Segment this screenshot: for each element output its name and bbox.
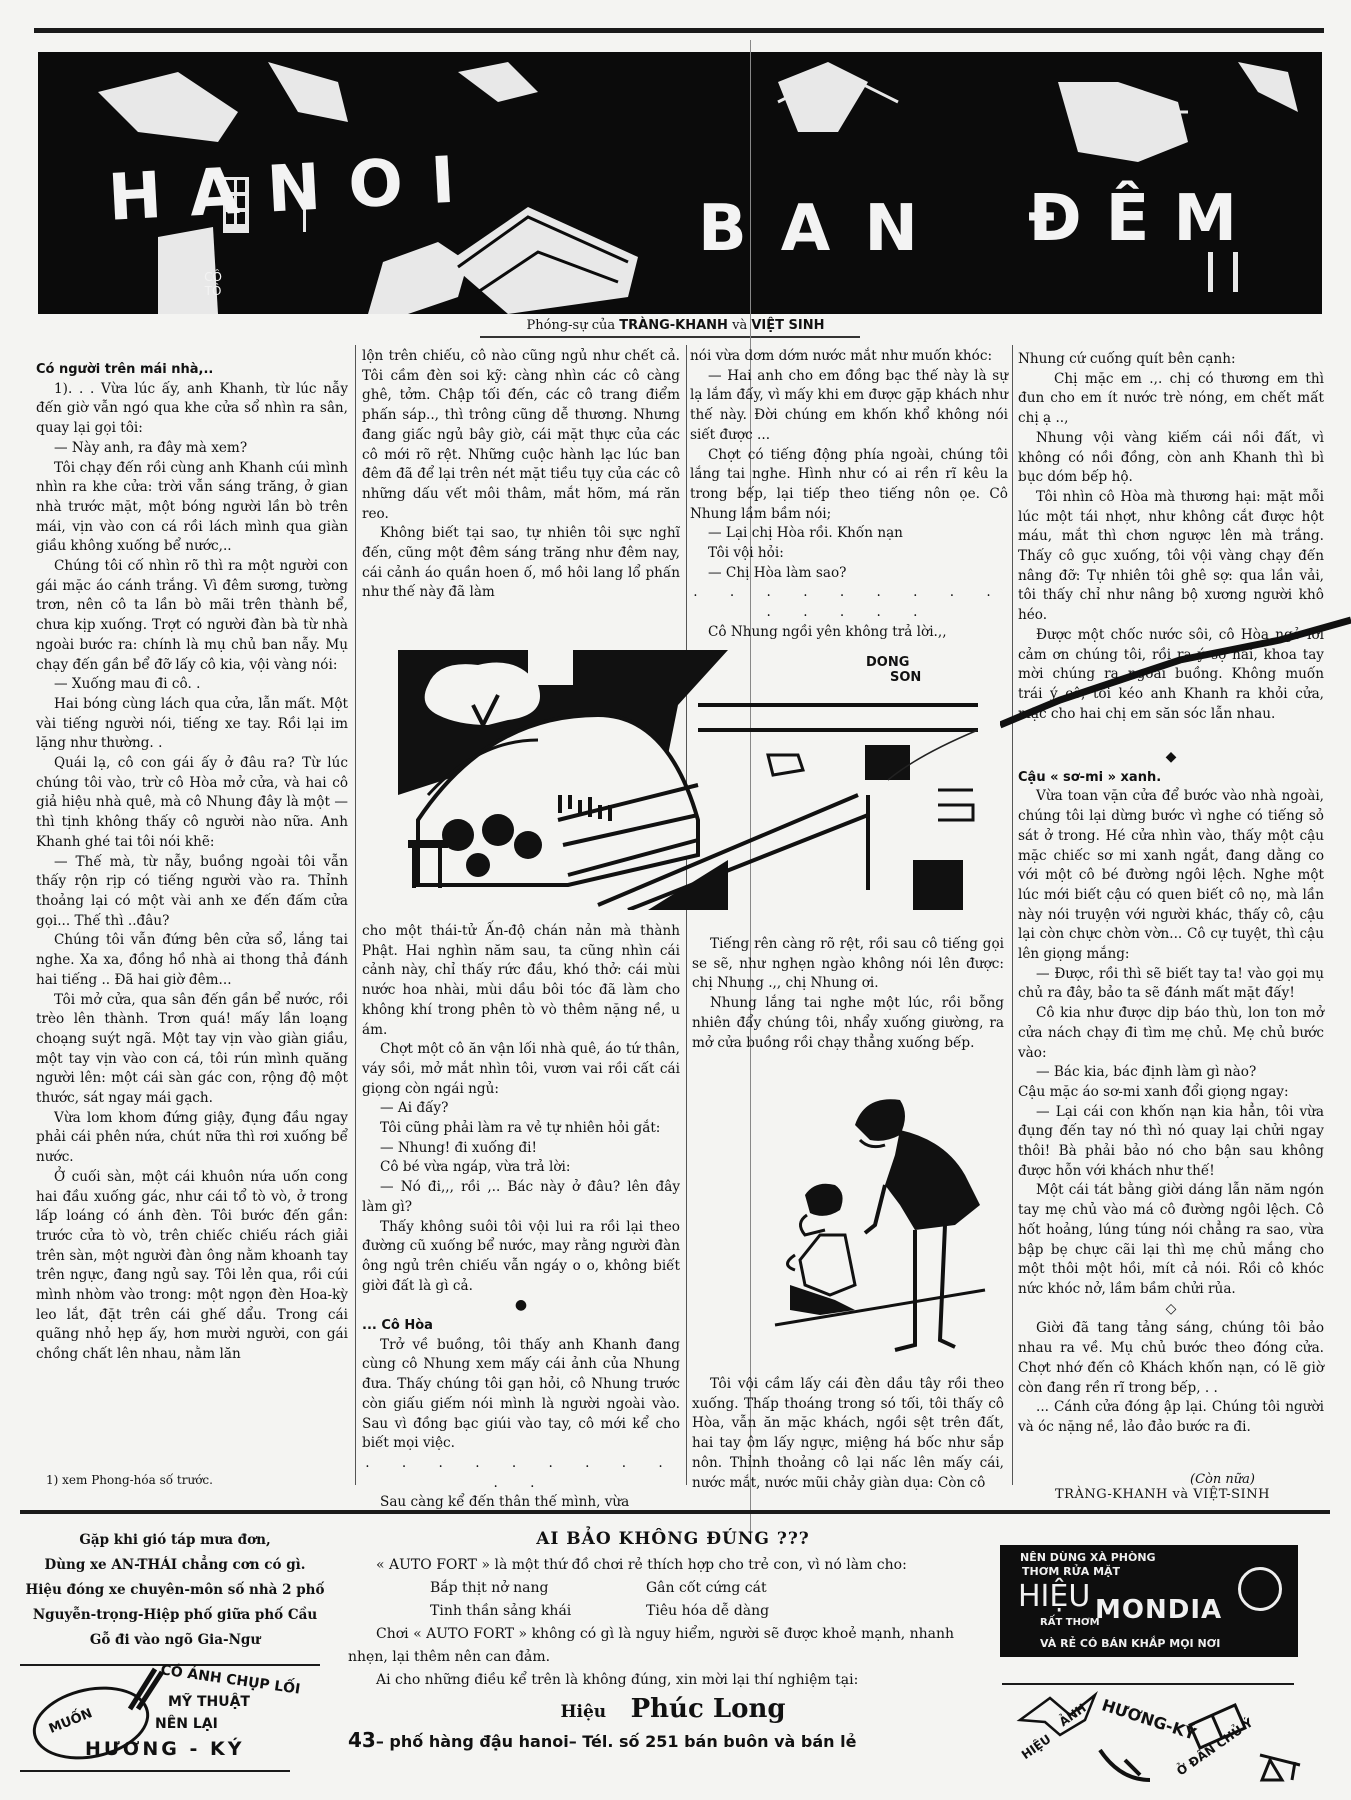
paragraph: — Hai anh cho em đồng bạc thế này là sự … [690, 367, 1008, 446]
section-heading: Có người trên mái nhà,.. [36, 360, 348, 380]
shop-name: Phúc Long [631, 1694, 786, 1724]
ellipsis-divider: . . . . . . . . . . . [362, 1454, 680, 1493]
paragraph: — Này anh, ra đây mà xem? [36, 439, 348, 459]
paragraph: Nhung cứ cuống quít bên cạnh: [1018, 350, 1324, 370]
newspaper-page: HANOI BAN ĐÊM CÔ TÔ Phóng-sự của TRÀNG-K… [0, 0, 1351, 1800]
ad-line: Nguyễn-trọng-Hiệp phố giữa phố Cầu [20, 1603, 330, 1628]
ad-brand: MONDIA [1095, 1595, 1222, 1625]
column-divider [686, 345, 687, 1485]
paragraph: Một cái tát bằng giời dáng lẫn năm ngón … [1018, 1181, 1324, 1299]
paragraph: Cô kia như được dịp báo thù, lon ton mở … [1018, 1004, 1324, 1063]
article-signature: TRÀNG-KHANH và VIỆT-SINH [1055, 1487, 1270, 1502]
ad-benefits-list: Bắp thịt nở nang Gân cốt cứng cát Tinh t… [348, 1577, 998, 1623]
paragraph: — Chị Hòa làm sao? [690, 564, 1008, 584]
address-text: – phố hàng đậu hanoi– Tél. số 251 bán bu… [376, 1732, 857, 1751]
article-column-2-top: lộn trên chiếu, cô nào cũng ngủ như chết… [362, 347, 680, 603]
paragraph: Tiếng rên càng rõ rệt, rồi sau cô tiếng … [692, 935, 1004, 994]
address-number: 43 [348, 1728, 376, 1752]
ad-address: 43– phố hàng đậu hanoi– Tél. số 251 bán … [348, 1729, 998, 1753]
article-column-4-top: Nhung cứ cuống quít bên cạnh: Chị mặc em… [1018, 350, 1324, 724]
paragraph: Không biết tại sao, tự nhiên tôi sực ngh… [362, 524, 680, 603]
illustrator-signature: DONG SON [866, 655, 921, 685]
paragraph: Chị mặc em .,. chị có thương em thì đun … [1018, 370, 1324, 429]
paragraph: Ở cuối sàn, một cái khuôn nứa uốn cong h… [36, 1168, 348, 1365]
paragraph: Trở về buồng, tôi thấy anh Khanh đang cù… [362, 1336, 680, 1454]
paragraph: Vừa toan vặn cửa để bước vào nhà ngoài, … [1018, 787, 1324, 964]
byline-rule [480, 336, 860, 338]
ad-line: Hiệu đóng xe chuyên-môn số nhà 2 phố [20, 1578, 330, 1603]
benefit-item: Tinh thần sảng khái [430, 1600, 646, 1623]
paragraph: Tôi mở cửa, qua sân đến gần bể nước, rồi… [36, 991, 348, 1109]
spacer [348, 1577, 430, 1600]
byline-prefix: Phóng-sự của [527, 318, 616, 333]
ad-line: HIỆU [1018, 1579, 1090, 1614]
ad-line: NÊN LẠI [155, 1716, 218, 1732]
paragraph: — Nhung! đi xuống đi! [362, 1139, 680, 1159]
ad-line: RẤT THƠM [1040, 1617, 1100, 1628]
paragraph: ... Cánh cửa đóng ập lại. Chúng tôi ngườ… [1018, 1398, 1324, 1437]
column-divider [355, 345, 356, 1485]
section-heading: Cậu « sơ-mi » xanh. [1018, 768, 1324, 788]
ad-line: NÊN DÙNG XÀ PHÒNG [1020, 1551, 1156, 1564]
paragraph: Chúng tôi cố nhìn rõ thì ra một người co… [36, 557, 348, 675]
benefit-item: Bắp thịt nở nang [430, 1577, 646, 1600]
banner-title-dem: ĐÊM [1028, 182, 1261, 256]
paragraph: Tôi chạy đến rồi cùng anh Khanh cúi mình… [36, 459, 348, 558]
article-column-1: Có người trên mái nhà,.. 1). . . Vừa lúc… [36, 360, 348, 1365]
byline-author1: TRÀNG-KHANH [619, 318, 728, 333]
section-ornament: ● [362, 1296, 680, 1316]
paragraph: Cô bé vừa ngáp, vừa trả lời: [362, 1158, 680, 1178]
article-column-3-mid: Tiếng rên càng rõ rệt, rồi sau cô tiếng … [692, 935, 1004, 1053]
banner-title-ban: BAN [698, 192, 952, 266]
paragraph: Nhung lắng tai nghe một lúc, rồi bỗng nh… [692, 994, 1004, 1053]
byline-conj: và [732, 318, 747, 333]
paragraph: cho một thái-tử Ấn-độ chán nản mà thành … [362, 922, 680, 1040]
article-byline: Phóng-sự của TRÀNG-KHANH và VIỆT SINH [0, 318, 1351, 333]
ad-paragraph: Ai cho những điều kể trên là không đúng,… [348, 1669, 998, 1692]
paragraph: Chợt có tiếng động phía ngoài, chúng tôi… [690, 446, 1008, 525]
ad-intro: « AUTO FORT » là một thứ đồ chơi rẻ thíc… [348, 1554, 998, 1577]
section-ornament: ◇ [1018, 1300, 1324, 1320]
paragraph: Chợt một cô ăn vận lối nhà quê, áo tứ th… [362, 1040, 680, 1099]
paragraph: — Ai đấy? [362, 1099, 680, 1119]
paragraph: Thấy không suôi tôi vội lui ra rồi lại t… [362, 1218, 680, 1297]
ad-brand: HƯƠNG - KÝ [85, 1738, 244, 1760]
paragraph: Quái lạ, cô con gái ấy ở đâu ra? Từ lúc … [36, 754, 348, 853]
ad-shop-name: Hiệu Phúc Long [348, 1698, 998, 1725]
paragraph: lộn trên chiếu, cô nào cũng ngủ như chết… [362, 347, 680, 524]
ad-divider-rule [20, 1770, 290, 1772]
byline-author2: VIỆT SINH [751, 318, 824, 333]
paragraph: Cậu mặc áo sơ-mi xanh đổi giọng ngay: [1018, 1083, 1324, 1103]
paragraph: — Bác kia, bác định làm gì nào? [1018, 1063, 1324, 1083]
spacer [348, 1600, 430, 1623]
section-ornament: ◆ [1018, 748, 1324, 768]
paragraph: Giời đã tang tảng sáng, chúng tôi bảo nh… [1018, 1319, 1324, 1398]
illustration-man-and-girl [735, 1085, 995, 1365]
paragraph: — Nó đi,,, rồi ,.. Bác này ở đâu? lên đâ… [362, 1178, 680, 1217]
ad-line: Gỗ đi vào ngõ Gia-Ngư [20, 1628, 330, 1653]
ad-huong-ky-photo: MUỐN CÓ ẢNH CHỤP LỐI MỸ THUẬT NÊN LẠI HƯ… [20, 1664, 320, 1764]
ad-line: MỸ THUẬT [168, 1694, 250, 1710]
ad-paragraph: Chơi « AUTO FORT » không có gì là nguy h… [348, 1623, 998, 1669]
continued-note: (Còn nữa) [1190, 1472, 1255, 1487]
paragraph: — Thế mà, từ nẫy, buồng ngoài tôi vẫn th… [36, 853, 348, 932]
ad-line: Dùng xe AN-THÁI chẳng cơn có gì. [20, 1553, 330, 1578]
paragraph: Hai bóng cùng lách qua cửa, lẫn mất. Một… [36, 695, 348, 754]
paragraph: — Được, rồi thì sẽ biết tay ta! vào gọi … [1018, 965, 1324, 1004]
paragraph: Tôi vội hỏi: [690, 544, 1008, 564]
benefit-item: Tiêu hóa dễ dàng [646, 1600, 866, 1623]
paragraph: Tôi vội cầm lấy cái đèn dầu tây rồi theo… [692, 1375, 1004, 1493]
benefit-item: Gân cốt cứng cát [646, 1577, 866, 1600]
shop-prefix: Hiệu [560, 1702, 606, 1722]
ad-mondia-soap: NÊN DÙNG XÀ PHÒNG THƠM RỬA MẶT HIỆU MOND… [1000, 1545, 1298, 1657]
ad-line: CÓ ẢNH CHỤP LỐI [160, 1662, 302, 1697]
ad-an-thai: Gặp khi gió táp mưa đơn, Dùng xe AN-THÁI… [20, 1528, 330, 1653]
paragraph: Được một chốc nước sôi, cô Hòa ngỏ lời c… [1018, 626, 1324, 725]
paragraph: — Xuống mau đi cô. . [36, 675, 348, 695]
ad-line: THƠM RỬA MẶT [1022, 1565, 1120, 1578]
ellipsis-divider: . . . . . . . . . . . . . . [690, 583, 1008, 622]
article-column-4-bottom: ◆ Cậu « sơ-mi » xanh. Vừa toan vặn cửa đ… [1018, 748, 1324, 1438]
signature-line: DONG [866, 655, 921, 670]
banner-artist-signature: CÔ TÔ [198, 270, 228, 298]
paragraph: Cô Nhung ngồi yên không trả lời.,, [690, 623, 1008, 643]
paragraph: Tôi cũng phải làm ra vẻ tự nhiên hỏi gắt… [362, 1119, 680, 1139]
paragraph: nói vừa dơm dớm nước mắt như muốn khóc: [690, 347, 1008, 367]
paragraph: — Lại chị Hòa rồi. Khốn nạn [690, 524, 1008, 544]
article-column-3-bottom: Tôi vội cầm lấy cái đèn dầu tây rồi theo… [692, 1375, 1004, 1493]
paragraph: Tôi nhìn cô Hòa mà thương hại: mặt mỗi l… [1018, 488, 1324, 626]
ad-huong-ky-studio: HIỆU ẢNH HƯƠNG-KÝ Ở ĐÂN CHỦ Ý [1000, 1680, 1340, 1790]
top-rule [34, 28, 1324, 33]
ad-auto-fort: AI BẢO KHÔNG ĐÚNG ??? « AUTO FORT » là m… [348, 1528, 998, 1753]
section-heading: ... Cô Hòa [362, 1316, 680, 1336]
paragraph: Chúng tôi vẫn đứng bên cửa sổ, lắng tai … [36, 931, 348, 990]
illustration-rooftop-shelter: DONG SON [398, 645, 978, 910]
article-column-2-bottom: cho một thái-tử Ấn-độ chán nản mà thành … [362, 922, 680, 1513]
ad-title: AI BẢO KHÔNG ĐÚNG ??? [348, 1528, 998, 1551]
paragraph: Nhung vội vàng kiếm cái nồi đất, vì khôn… [1018, 429, 1324, 488]
article-column-3-top: nói vừa dơm dớm nước mắt như muốn khóc: … [690, 347, 1008, 643]
paragraph: 1). . . Vừa lúc ấy, anh Khanh, từ lúc nẫ… [36, 380, 348, 439]
column-divider [1012, 345, 1013, 1485]
paragraph: — Lại cái con khốn nạn kia hẳn, tôi vừa … [1018, 1103, 1324, 1182]
paragraph: Vừa lom khom đứng giậy, đụng đầu ngay ph… [36, 1109, 348, 1168]
ad-line: Gặp khi gió táp mưa đơn, [20, 1528, 330, 1553]
signature-line: SON [866, 670, 921, 685]
ad-line: VÀ RẺ CÓ BÁN KHẮP MỌI NƠI [1040, 1637, 1220, 1650]
footnote: 1) xem Phong-hóa số trước. [46, 1473, 213, 1487]
banner-illustration: HANOI BAN ĐÊM CÔ TÔ [38, 52, 1322, 314]
brand-seal-icon [1238, 1567, 1282, 1611]
ads-divider-rule [20, 1510, 1330, 1514]
